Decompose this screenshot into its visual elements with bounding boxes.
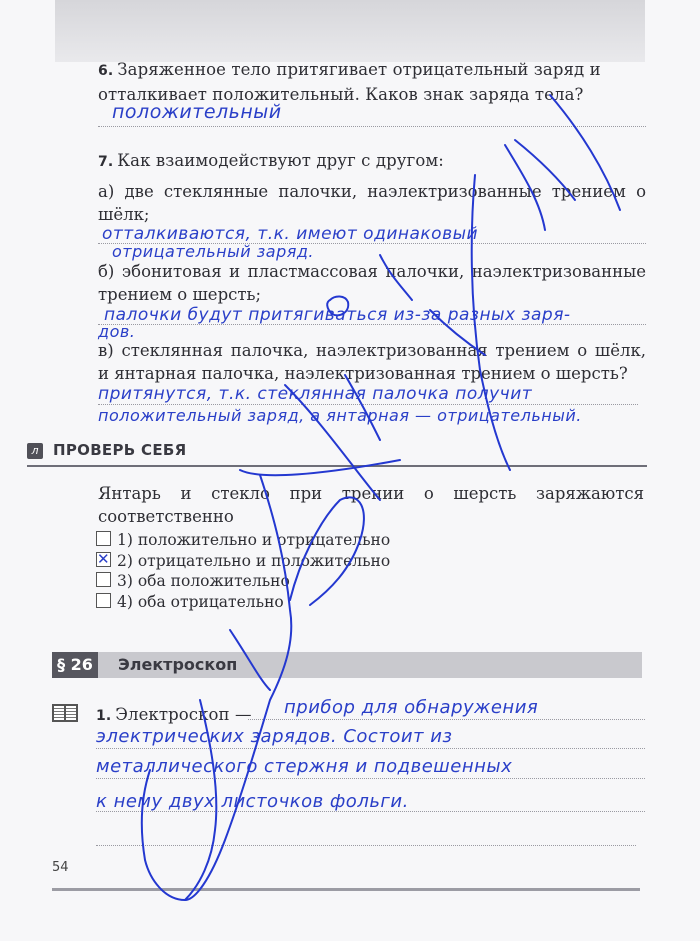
section-question-1-text: Электроскоп —	[115, 705, 251, 724]
option-2-label: 2) отрицательно и положительно	[117, 552, 390, 570]
answer-7c-line2: положительный заряд, а янтарная — отрица…	[98, 406, 582, 426]
check-yourself-question: Янтарь и стекло при трении о шерсть заря…	[98, 482, 644, 528]
answer-line	[98, 404, 638, 405]
section-number: § 26	[52, 652, 98, 678]
option-3-label: 3) оба положительно	[117, 572, 290, 590]
book-icon	[52, 704, 78, 722]
option-1-label: 1) положительно и отрицательно	[117, 531, 390, 549]
answer-line	[98, 126, 646, 127]
answer-7b-line1: палочки будут притягиваться из-за разных…	[104, 305, 571, 325]
option-2-checkbox[interactable]: ✕	[96, 552, 111, 567]
option-3-checkbox[interactable]	[96, 572, 111, 587]
question-6-number: 6.	[98, 63, 113, 79]
section-question-1: 1.Электроскоп —	[96, 703, 252, 728]
answer-line	[248, 719, 645, 720]
question-7: 7.Как взаимодействуют друг с другом:	[98, 149, 646, 174]
option-4-checkbox[interactable]	[96, 593, 111, 608]
answer-line-3: металлического стержня и подвешенных	[96, 757, 512, 777]
answer-line-2: электрических зарядов. Состоит из	[96, 727, 453, 747]
top-shaded-area	[55, 0, 645, 62]
section-question-1-number: 1.	[96, 708, 111, 724]
answer-7a-line2: отрицательный заряд.	[112, 242, 314, 262]
option-1-checkbox[interactable]	[96, 531, 111, 546]
option-4[interactable]: 4) оба отрицательно	[96, 592, 284, 612]
option-3[interactable]: 3) оба положительно	[96, 571, 290, 591]
question-7a: а) две стеклянные палочки, наэлектризова…	[98, 180, 646, 226]
answer-6: положительный	[112, 102, 282, 122]
question-7-number: 7.	[98, 154, 113, 170]
question-7b: б) эбонитовая и пластмассовая палочки, н…	[98, 260, 646, 306]
option-1[interactable]: 1) положительно и отрицательно	[96, 530, 390, 550]
question-7c: в) стеклянная палочка, наэлектризованная…	[98, 339, 646, 385]
option-2[interactable]: ✕2) отрицательно и положительно	[96, 551, 390, 571]
question-7-text: Как взаимодействуют друг с другом:	[117, 151, 444, 170]
answer-7a-line1: отталкиваются, т.к. имеют одинаковый	[102, 224, 478, 244]
answer-line-4: к нему двух листочков фольги.	[96, 792, 409, 812]
check-yourself-icon: л	[27, 443, 43, 459]
section-header: § 26 Электроскоп	[52, 652, 642, 678]
page-number: 54	[52, 860, 69, 875]
check-yourself-title: ПРОВЕРЬ СЕБЯ	[53, 441, 186, 459]
answer-7c-line1: притянутся, т.к. стеклянная палочка полу…	[98, 384, 532, 404]
answer-line	[96, 778, 645, 779]
footer-rule	[52, 888, 640, 891]
question-6: 6.Заряженное тело притягивает отрицатель…	[98, 58, 646, 106]
check-yourself-header: л ПРОВЕРЬ СЕБЯ	[27, 441, 647, 467]
question-6-text: Заряженное тело притягивает отрицательны…	[98, 60, 601, 104]
answer-line	[96, 811, 645, 812]
answer-line	[98, 324, 646, 325]
answer-line-1: прибор для обнаружения	[284, 698, 538, 718]
answer-line	[96, 845, 636, 846]
answer-line	[96, 748, 645, 749]
option-4-label: 4) оба отрицательно	[117, 593, 284, 611]
section-title: Электроскоп	[118, 652, 237, 678]
check-mark-icon: ✕	[97, 549, 110, 569]
